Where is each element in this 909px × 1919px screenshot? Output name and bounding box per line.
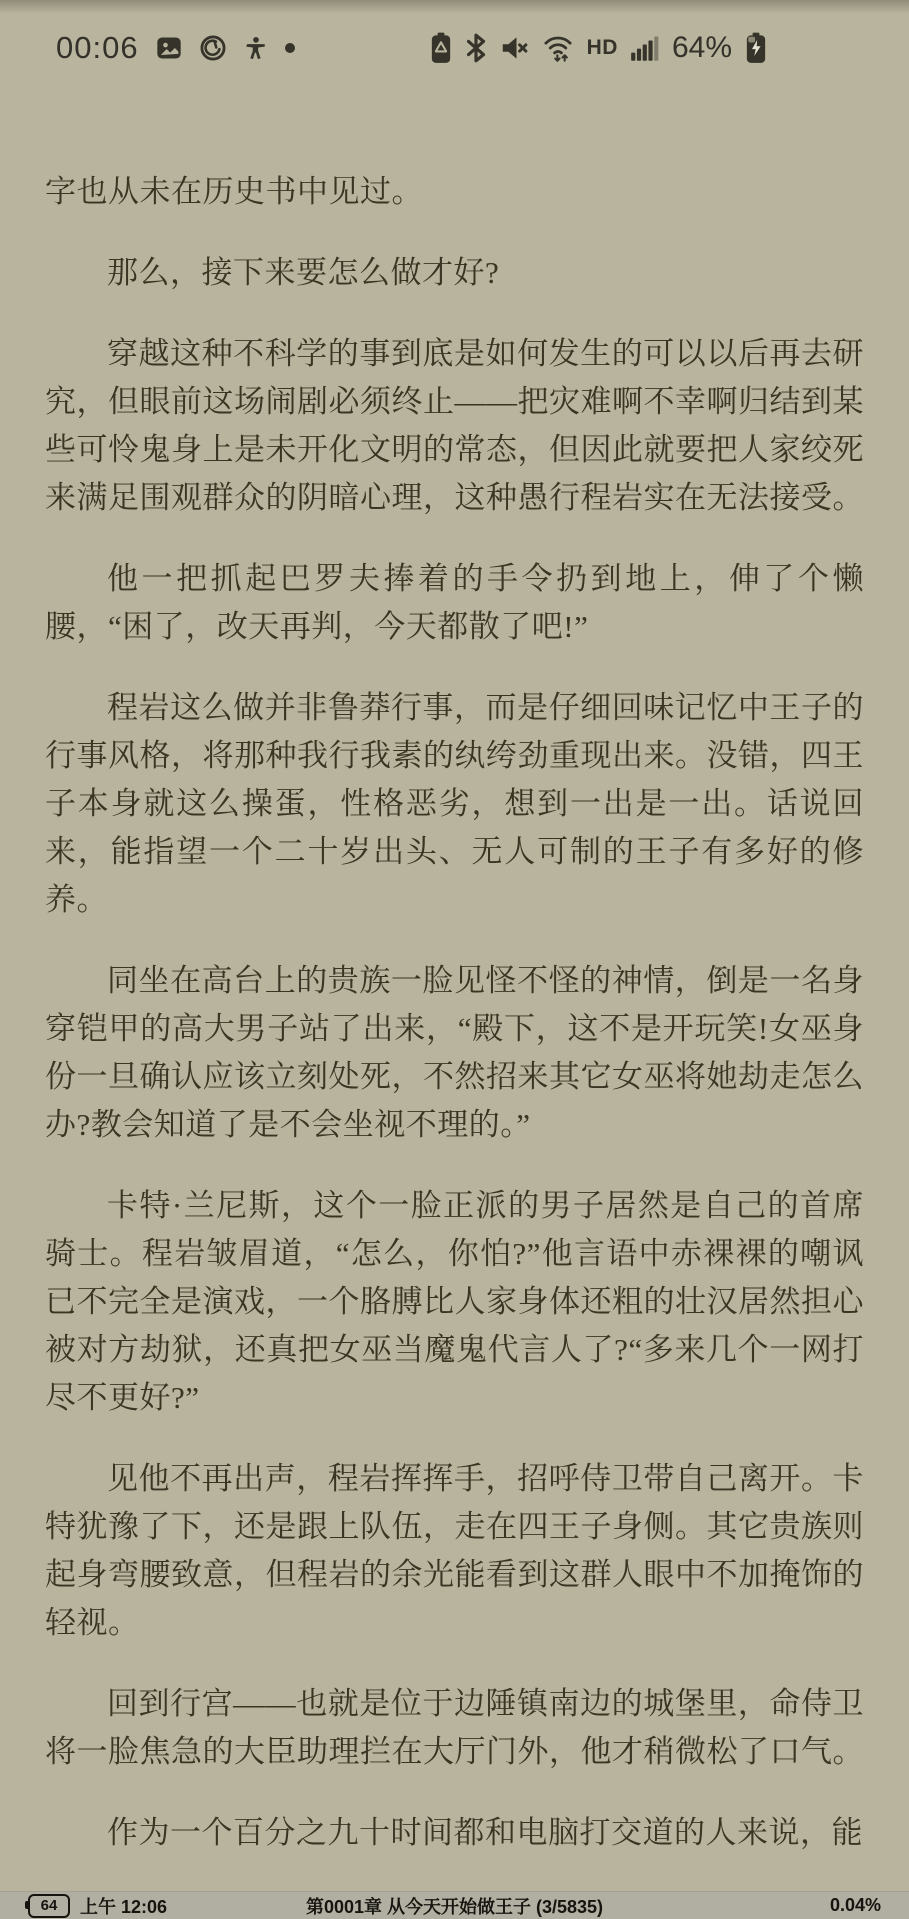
notification-dot	[285, 43, 295, 53]
reader-app-screen: 00:06	[0, 0, 909, 1919]
paragraph: 见他不再出声，程岩挥挥手，招呼侍卫带自己离开。卡特犹豫了下，还是跟上队伍，走在四…	[45, 1455, 864, 1647]
paragraph: 字也从未在历史书中见过。	[45, 168, 864, 216]
paragraph: 同坐在高台上的贵族一脸见怪不怪的神情，倒是一名身穿铠甲的高大男子站了出来，“殿下…	[45, 957, 864, 1149]
bottom-time: 上午 12:06	[80, 1893, 167, 1919]
battery-level-value: 64	[41, 1898, 58, 1913]
paragraph: 程岩这么做并非鲁莽行事，而是仔细回味记忆中王子的行事风格，将那种我行我素的纨绔劲…	[45, 684, 864, 924]
battery-level-badge: 64	[28, 1894, 70, 1918]
battery-saver-icon	[429, 32, 453, 64]
bottom-bar-left: 64 上午 12:06	[0, 1893, 241, 1919]
reading-progress: 0.04%	[668, 1895, 909, 1916]
hd-label: HD	[587, 36, 618, 60]
music-app-icon	[199, 34, 227, 62]
battery-percent-label: 64%	[672, 31, 732, 65]
paragraph: 那么，接下来要怎么做才好?	[45, 249, 864, 297]
wifi-arrows-icon	[541, 32, 575, 64]
paragraph: 回到行宫——也就是位于边陲镇南边的城堡里，命侍卫将一脸焦急的大臣助理拦在大厅门外…	[45, 1680, 864, 1776]
mute-icon	[499, 33, 529, 63]
reader-bottom-bar: 64 上午 12:06 第0001章 从今天开始做王子 (3/5835) 0.0…	[0, 1891, 909, 1919]
paragraph: 卡特·兰尼斯，这个一脸正派的男子居然是自己的首席骑士。程岩皱眉道，“怎么，你怕?…	[45, 1182, 864, 1422]
status-bar-left: 00:06	[0, 30, 295, 66]
gallery-icon	[155, 34, 183, 62]
chapter-info: 第0001章 从今天开始做王子 (3/5835)	[241, 1893, 668, 1919]
paragraph: 穿越这种不科学的事到底是如何发生的可以以后再去研究，但眼前这场闹剧必须终止——把…	[45, 330, 864, 522]
bluetooth-icon	[465, 33, 487, 63]
reader-page[interactable]: 字也从未在历史书中见过。 那么，接下来要怎么做才好? 穿越这种不科学的事到底是如…	[0, 168, 909, 1892]
accessibility-icon	[243, 35, 269, 61]
paragraph: 作为一个百分之九十时间都和电脑打交道的人来说，能	[45, 1809, 864, 1857]
status-bar: 00:06	[0, 0, 909, 95]
status-bar-right: HD 64%	[429, 31, 909, 65]
status-time: 00:06	[56, 30, 139, 66]
paragraph: 他一把抓起巴罗夫捧着的手令扔到地上，伸了个懒腰，“困了，改天再判，今天都散了吧!…	[45, 555, 864, 651]
signal-strength-icon	[630, 33, 660, 63]
charging-battery-icon	[744, 32, 768, 64]
